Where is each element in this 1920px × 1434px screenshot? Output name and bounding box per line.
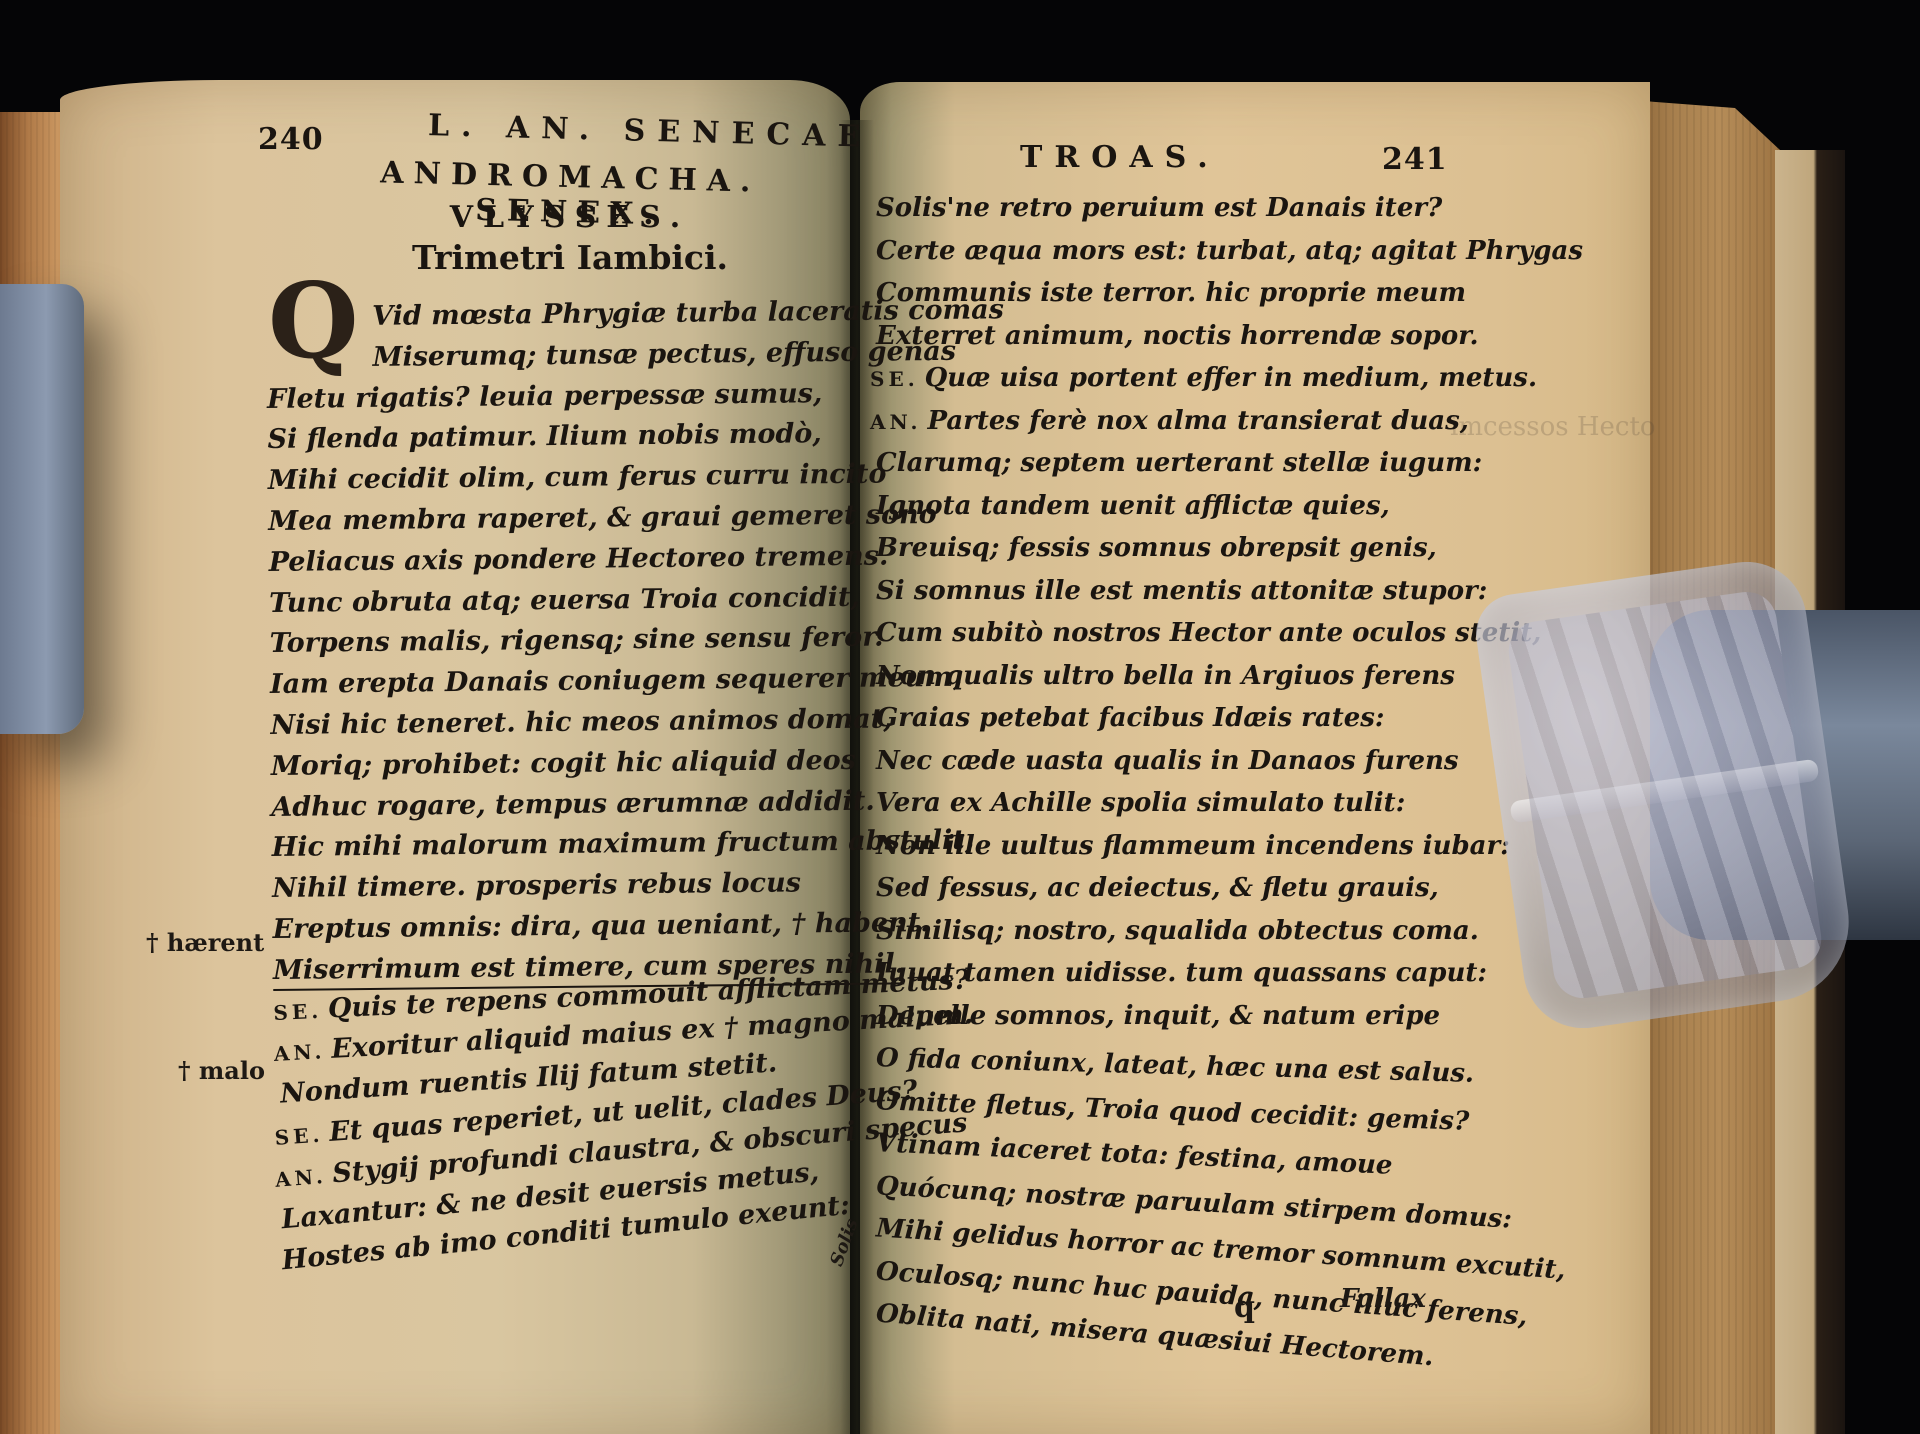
speaker-label [274,1084,276,1108]
verse-line: Si somnus ille est mentis attonitæ stupo… [870,571,1583,614]
verse-line: Communis iste terror. hic proprie meum [870,273,1583,316]
verse-line: Non ille uultus flammeum incendens iubar… [870,826,1583,869]
speaker-label: SE. [273,998,323,1024]
dialogue-line: SE.Quæ uisa portent effer in medium, met… [870,358,1583,401]
signature-mark: q [1234,1290,1255,1325]
right-running-head: TROAS. [1020,140,1220,175]
right-catchword: Fallax [1340,1284,1426,1314]
speaker-label: AN. [870,410,921,434]
speaker-label: AN. [273,1040,326,1067]
speaker-label [275,1251,277,1275]
verse-line: Clarumq; septem uerterant stellæ iugum: [870,443,1583,486]
verse-line: Nec cæde uasta qualis in Danaos furens [870,741,1583,784]
marginal-note: † malo [178,1056,265,1085]
verse-line: Sed fessus, ac deiectus, & fletu grauis, [870,868,1583,911]
book-photo: 240 L. AN. SENECAE ANDROMACHA. SENEX. VL… [0,0,1920,1434]
verse-line: Certe æqua mors est: turbat, atq; agitat… [870,231,1583,274]
right-page-verses: Solis'ne retro peruium est Danais iter? … [870,188,1583,1336]
speaker-label: SE. [274,1122,324,1149]
verse-line: Solis'ne retro peruium est Danais iter? [870,188,1583,231]
dialogue-line: AN.Partes ferè nox alma transierat duas, [870,401,1583,444]
verse-line: Vera ex Achille spolia simulato tulit: [870,783,1583,826]
marginal-note: † hærent [146,928,264,957]
verse-line: Exterret animum, noctis horrendæ sopor. [870,316,1583,359]
cast-list-line-2: VLYSSES. [290,200,850,235]
right-page-weight-bag [1490,565,1920,1065]
verse-line: Graias petebat facibus Idæis rates: [870,698,1583,741]
plastic-bag-of-pellets [1471,554,1859,1036]
verse-line: Iuuat tamen uidisse. tum quassans caput: [870,953,1583,996]
meter-heading: Trimetri Iambici. [290,238,850,277]
speaker-label [275,1210,277,1234]
verse-line: Depelle somnos, inquit, & natum eripe [870,996,1583,1039]
left-page-weight [0,284,84,734]
verse-line: Similisq; nostro, squalida obtectus coma… [870,911,1583,954]
speaker-label: AN. [274,1164,327,1192]
verse-line: Non qualis ultro bella in Argiuos ferens [870,656,1583,699]
left-folio-number: 240 [258,122,324,157]
speaker-label: SE. [870,367,919,391]
verse-line: Breuisq; fessis somnus obrepsit genis, [870,528,1583,571]
right-folio-number: 241 [1382,142,1448,177]
verse-line: Ignota tandem uenit afflictæ quies, [870,486,1583,529]
